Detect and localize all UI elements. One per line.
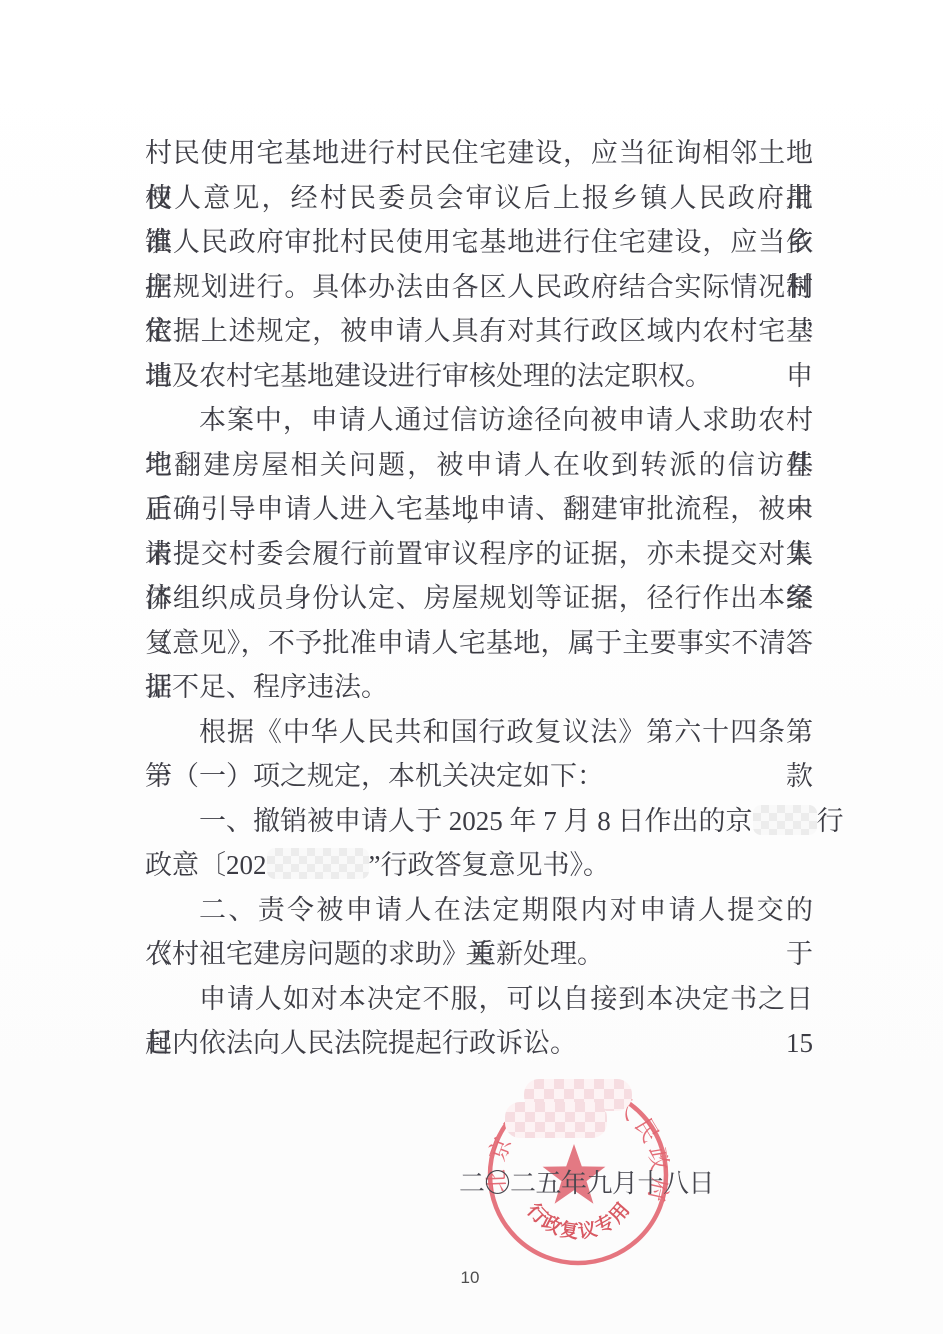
document-line: 据不足、程序违法。 xyxy=(145,665,813,710)
document-line: 济组织成员身份认定、房屋规划等证据，径行作出本案《答 xyxy=(145,576,813,621)
document-line: 未提交村委会履行前置审议程序的证据，亦未提交对集体经 xyxy=(145,532,813,577)
document-line: 权人意见，经村民委员会审议后上报乡镇人民政府批准。乡 xyxy=(145,176,813,221)
document-line: 根据《中华人民共和国行政复议法》第六十四条第一款 xyxy=(145,710,813,755)
scanned-page: 村民使用宅基地进行村民住宅建设，应当征询相邻土地使用 权人意见，经村民委员会审议… xyxy=(0,0,943,1334)
document-line: 庄规划进行。具体办法由各区人民政府结合实际情况制定。” xyxy=(145,265,813,310)
document-line: 村民使用宅基地进行村民住宅建设，应当征询相邻土地使用 xyxy=(145,131,813,176)
document-line: 二、责令被申请人在法定期限内对申请人提交的《关于 xyxy=(145,888,813,933)
redaction-blur xyxy=(267,848,369,879)
document-line: 正确引导申请人进入宅基地申请、翻建审批流程，被申请人 xyxy=(145,487,813,532)
document-line: 依据上述规定，被申请人具有对其行政区域内农村宅基地申 xyxy=(145,309,813,354)
document-line-redacted: 政意〔202”行政答复意见书》。 xyxy=(145,843,813,888)
document-line-redacted: 一、撤销被申请人于 2025 年 7 月 8 日作出的京行 xyxy=(145,799,813,844)
decision-date: 二〇二五年九月十八日 xyxy=(459,1163,714,1200)
line-text: ”行政答复意见书》。 xyxy=(369,850,610,880)
line-text: 政意〔202 xyxy=(145,850,267,880)
seal-redaction-blur xyxy=(505,1102,607,1138)
document-line: 本案中，申请人通过信访途径向被申请人求助农村宅基 xyxy=(145,398,813,443)
redaction-blur xyxy=(753,805,817,835)
page-number: 10 xyxy=(440,1268,500,1288)
line-text: 行 xyxy=(817,806,844,836)
document-body: 村民使用宅基地进行村民住宅建设，应当征询相邻土地使用 权人意见，经村民委员会审议… xyxy=(145,131,813,1066)
line-text: 一、撤销被申请人于 2025 年 7 月 8 日作出的京 xyxy=(199,806,753,836)
document-line: 复意见》，不予批准申请人宅基地，属于主要事实不清、证 xyxy=(145,621,813,666)
document-line: 申请人如对本决定不服，可以自接到本决定书之日起 15 xyxy=(145,977,813,1022)
document-line: 地翻建房屋相关问题，被申请人在收到转派的信访件后，未 xyxy=(145,443,813,488)
document-line: 镇人民政府审批村民使用宅基地进行住宅建设，应当依据村 xyxy=(145,220,813,265)
